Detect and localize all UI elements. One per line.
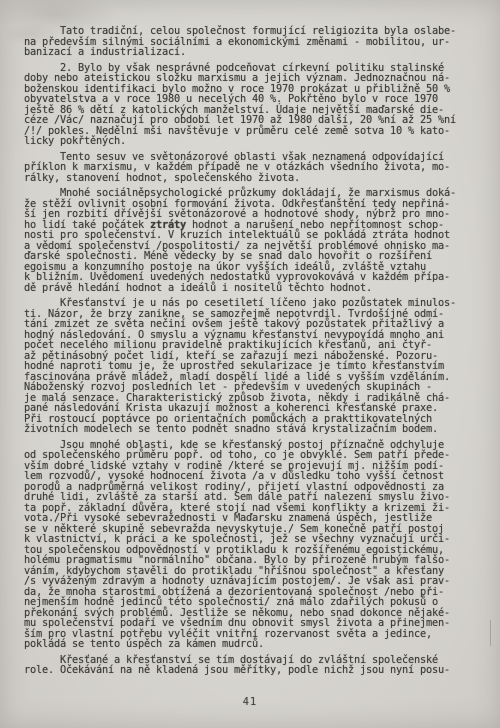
paragraph: Křesťané a křesťanství se tím dostávají … — [24, 655, 486, 676]
page-number: 41 — [0, 696, 500, 708]
paragraph: Mnohé sociálněpsychologické průzkumy dok… — [24, 188, 486, 293]
scanned-document-page: Tato tradiční, celou společnost formujíc… — [0, 0, 500, 728]
paragraph: Křesťanství je u nás po cesetiletí líčen… — [24, 298, 486, 435]
paragraph: Jsou mnohé oblasti, kde se křesťanský po… — [24, 440, 486, 650]
paragraph: Tato tradiční, celou společnost formujíc… — [24, 26, 486, 58]
paragraph: 2. Bylo by však nesprávné podceňovat cír… — [24, 63, 486, 147]
paragraph: Tento sesuv ve světonázorové oblasti vša… — [24, 152, 486, 184]
document-body: Tato tradiční, celou společnost formujíc… — [24, 26, 486, 681]
